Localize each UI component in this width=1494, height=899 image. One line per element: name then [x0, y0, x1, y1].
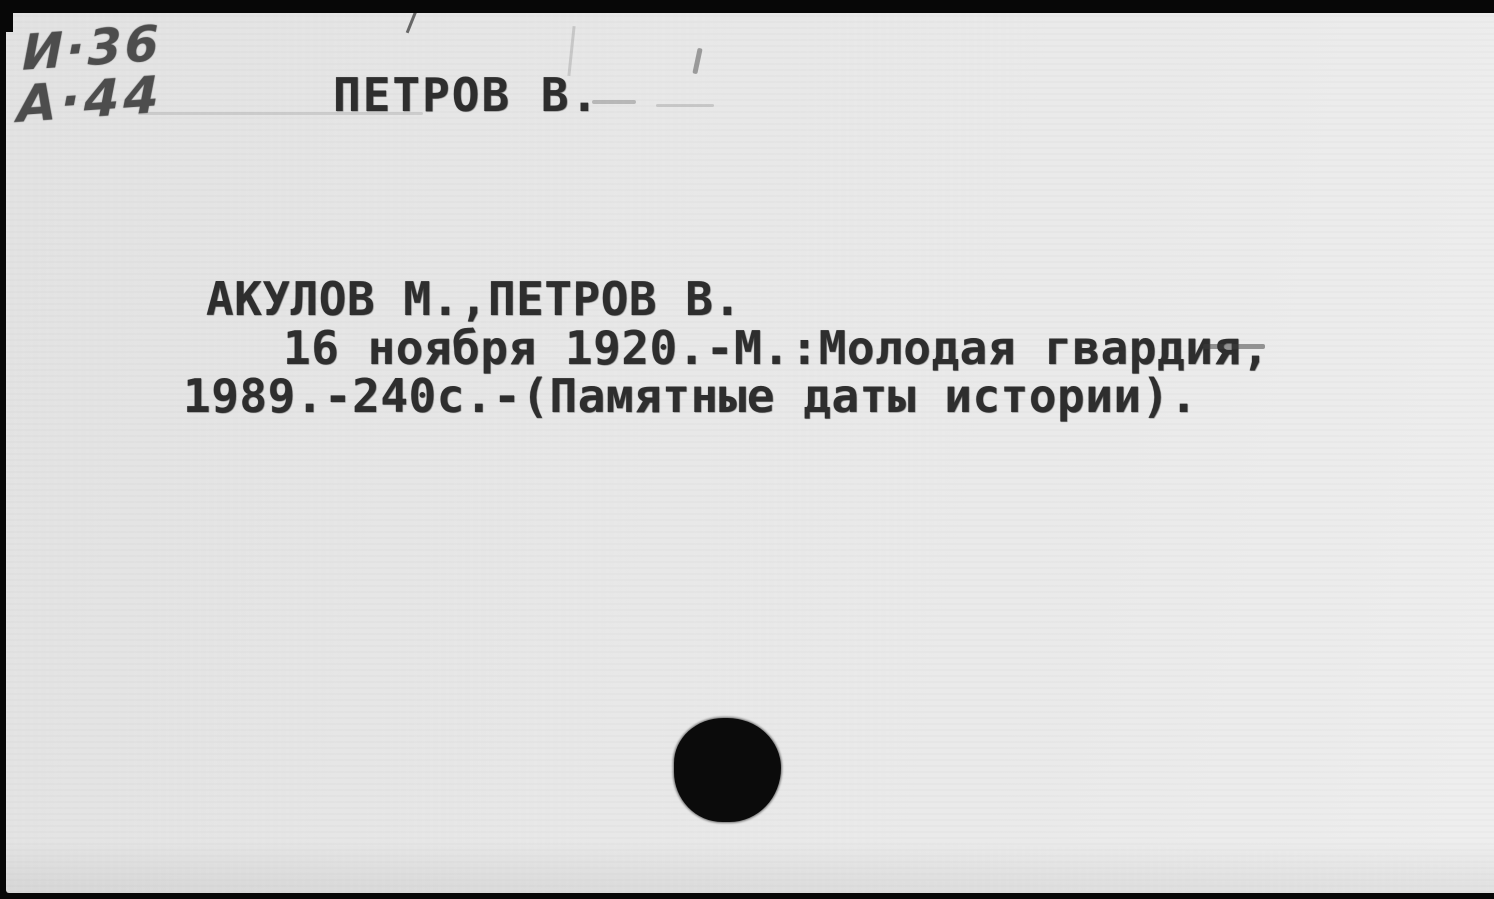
entry-collation-line: 1989.-240с.-(Памятные даты истории).: [183, 369, 1198, 423]
scanned-catalog-card-page: И·36 А·44 ПЕТРОВ В. АКУЛОВ М.,ПЕТРОВ В. …: [0, 0, 1494, 899]
hole-punch: [674, 718, 781, 822]
call-number-author-mark: А·44: [17, 69, 162, 132]
call-number: И·36 А·44: [22, 19, 162, 132]
scan-border-bottom: [0, 893, 1494, 899]
scan-border-top: [0, 0, 1494, 13]
card-heading-author: ПЕТРОВ В.: [333, 68, 600, 122]
entry-imprint-line: 16 ноября 1920.-М.:Молодая гвардия,: [283, 321, 1270, 375]
entry-authors-line: АКУЛОВ М.,ПЕТРОВ В.: [206, 272, 742, 326]
scan-border-left: [0, 0, 6, 899]
